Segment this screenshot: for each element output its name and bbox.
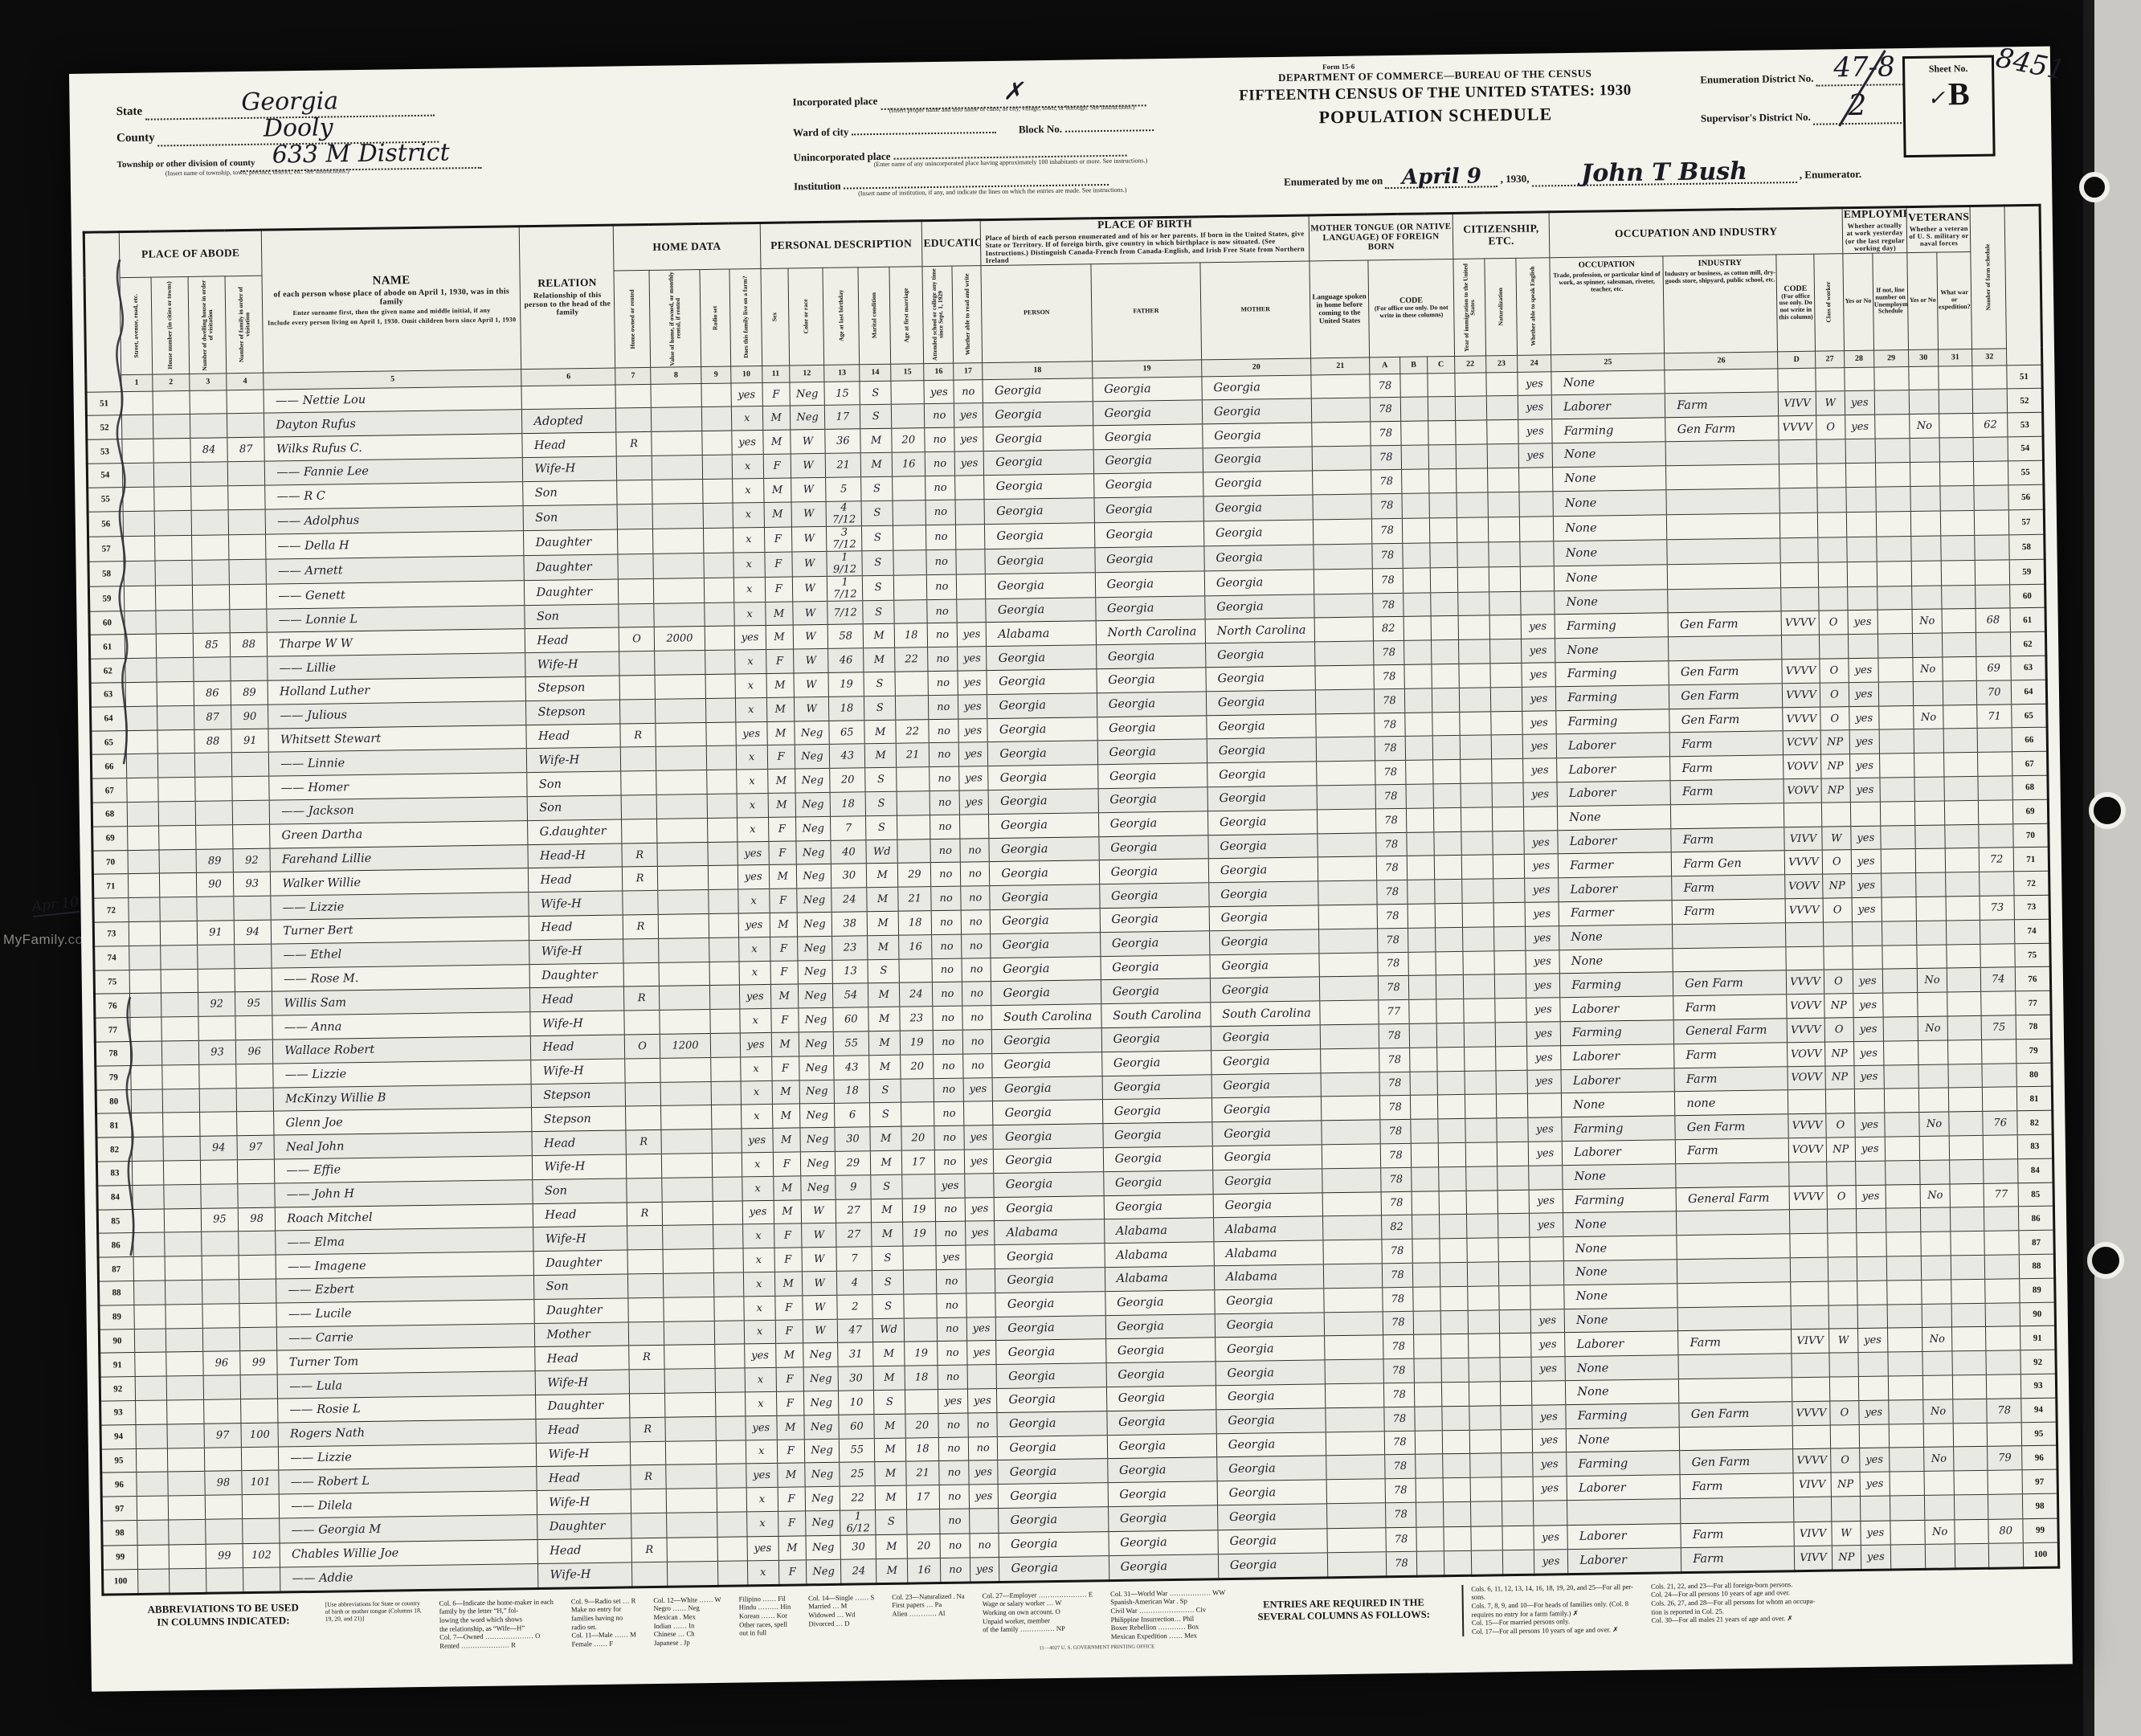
house-number	[154, 535, 192, 561]
relation: Head-H	[528, 843, 622, 868]
occupation-code: VOVV	[1785, 874, 1823, 898]
attended-school: no	[928, 623, 958, 647]
farm-schedule-number	[1974, 461, 2008, 485]
unemployment-line	[1886, 1184, 1921, 1208]
col-owned-rented: Home owned or rented	[614, 270, 650, 368]
incorporated-label: Incorporated place	[792, 95, 877, 108]
family-number	[230, 609, 268, 633]
read-write: yes	[958, 742, 988, 766]
col-street: Street, avenue, road, etc.	[120, 277, 153, 375]
code-nativity	[1432, 712, 1460, 736]
birthplace-person: Georgia	[990, 884, 1100, 910]
col-unemployment: If not, line number on Unemployment Sche…	[1872, 252, 1908, 350]
family-number	[231, 656, 268, 680]
person-name: —— Rose M.	[272, 964, 530, 991]
unemployment-line	[1887, 1328, 1922, 1352]
home-owned-or-rented	[619, 578, 654, 604]
at-work-yesterday: yes	[1858, 1328, 1888, 1352]
street	[132, 1161, 163, 1185]
code-country	[1406, 784, 1433, 808]
language-before-immigration	[1323, 1264, 1382, 1289]
line-number-right: 84	[2018, 1158, 2053, 1183]
farm-schedule-number	[1988, 1494, 2023, 1520]
class-of-worker: O	[1825, 1113, 1855, 1138]
code-state: 82	[1373, 617, 1403, 641]
veteran: No	[1918, 1016, 1947, 1040]
veteran	[1917, 945, 1947, 969]
occupation-code	[1792, 1377, 1830, 1401]
dwelling-number	[190, 462, 228, 486]
birthplace-father: Georgia	[1101, 954, 1211, 980]
code-country	[1408, 904, 1435, 928]
line-number-right: 76	[2015, 967, 2050, 991]
col-english: Whether able to speak English	[1516, 257, 1551, 355]
code-state: 77	[1379, 1000, 1409, 1024]
unemployment-line	[1890, 1495, 1925, 1521]
color-race: Neg	[803, 1391, 839, 1415]
veteran	[1911, 536, 1941, 562]
house-number	[165, 1328, 203, 1352]
naturalization	[1487, 443, 1518, 468]
speaks-english	[1519, 491, 1554, 517]
color-race: Neg	[795, 816, 831, 840]
occupation: None	[1551, 370, 1665, 395]
class-of-worker: O	[1822, 850, 1852, 874]
speaks-english: yes	[1521, 639, 1555, 663]
unemployment-line	[1880, 825, 1915, 849]
birthplace-mother: Georgia	[1206, 666, 1316, 692]
color-race: W	[794, 696, 829, 721]
lives-on-farm: x	[742, 1224, 774, 1248]
at-work-yesterday: yes	[1848, 611, 1877, 635]
code-country	[1401, 445, 1428, 469]
class-of-worker: NP	[1826, 1138, 1856, 1162]
age-first-marriage: 19	[902, 1198, 936, 1222]
read-write: yes	[958, 718, 988, 742]
naturalization	[1490, 663, 1522, 687]
birthplace-father: Georgia	[1106, 1386, 1216, 1411]
code-country	[1403, 616, 1431, 640]
relation: Daughter	[536, 1394, 630, 1419]
age: 43	[834, 1055, 869, 1079]
birthplace-father: Georgia	[1108, 1481, 1218, 1507]
house-number	[155, 560, 193, 586]
birthplace-mother: Georgia	[1207, 786, 1318, 811]
language-before-immigration	[1326, 1479, 1385, 1504]
radio-set	[714, 1297, 744, 1321]
code-state: 78	[1378, 928, 1408, 952]
birthplace-father: Georgia	[1105, 1289, 1215, 1315]
lives-on-farm: x	[738, 937, 770, 961]
group-personal-description: PERSONAL DESCRIPTION	[760, 221, 923, 268]
occupation: None	[1553, 466, 1666, 492]
column-header: 22	[1454, 356, 1485, 374]
line-number-left: 51	[86, 391, 121, 415]
radio-set	[704, 553, 733, 578]
speaks-english: yes	[1532, 1428, 1567, 1452]
age: 10	[839, 1391, 874, 1415]
house-number	[156, 634, 194, 658]
relation: Head	[526, 724, 620, 749]
class-of-worker	[1830, 1424, 1860, 1448]
house-number	[153, 439, 191, 463]
lives-on-farm: yes	[742, 1129, 773, 1153]
farm-schedule-number	[1975, 509, 2009, 535]
code-nativity	[1431, 640, 1458, 664]
color-race: W	[791, 501, 827, 527]
year-of-immigration	[1465, 1118, 1497, 1142]
home-owned-or-rented: R	[626, 1130, 661, 1154]
birthplace-mother: Georgia	[1213, 1169, 1323, 1195]
speaks-english: yes	[1525, 902, 1559, 926]
radio-set	[701, 383, 731, 407]
farm-schedule-number: 72	[1980, 848, 2014, 872]
code-country	[1403, 640, 1431, 664]
class-of-worker	[1828, 1257, 1857, 1281]
birthplace-person: Georgia	[989, 836, 1099, 862]
industry	[1673, 946, 1786, 972]
house-number	[161, 1040, 199, 1064]
birthplace-mother: Georgia	[1207, 714, 1317, 740]
column-header: 17	[954, 362, 983, 380]
industry	[1666, 488, 1779, 514]
footnote-col31: Col. 31—World War ……………… WW Spanish-Amer…	[1110, 1588, 1226, 1641]
unemployment-line	[1879, 754, 1914, 778]
age: 18	[831, 792, 866, 816]
attended-school: no	[931, 886, 961, 910]
naturalization	[1497, 1117, 1528, 1142]
radio-set	[707, 770, 737, 794]
code-nativity	[1442, 1430, 1469, 1454]
line-number-right: 63	[2011, 656, 2046, 680]
farm-schedule-number: 70	[1977, 680, 2012, 705]
occupation-code	[1780, 513, 1818, 538]
at-work-yesterday	[1857, 1305, 1887, 1329]
column-header: D	[1778, 351, 1816, 369]
marital-condition: S	[872, 1294, 904, 1318]
color-race: Neg	[805, 1510, 840, 1536]
war-or-expedition	[1939, 461, 1974, 485]
dwelling-number	[203, 1375, 241, 1399]
dwelling-number	[193, 609, 231, 633]
speaks-english	[1531, 1381, 1566, 1405]
naturalization	[1489, 615, 1521, 639]
line-number-right: 86	[2018, 1207, 2053, 1231]
occupation: Farming	[1555, 661, 1669, 687]
line-number-left: 98	[102, 1520, 137, 1546]
industry: General Farm	[1673, 1019, 1787, 1044]
sex: F	[767, 745, 795, 769]
war-or-expedition	[1947, 944, 1981, 968]
code-state: 78	[1385, 1455, 1416, 1479]
state-value: Georgia	[241, 87, 338, 116]
ward-label: Ward of city	[793, 125, 849, 138]
birthplace-mother: Georgia	[1203, 423, 1313, 448]
family-number	[228, 485, 266, 509]
home-owned-or-rented	[620, 699, 656, 723]
unemployment-line	[1890, 1520, 1925, 1544]
code-country	[1412, 1215, 1439, 1239]
entries-required-a: Cols. 6, 11, 12, 13, 14, 16, 18, 19, 20,…	[1461, 1583, 1634, 1636]
home-value	[656, 794, 708, 819]
house-number	[165, 1280, 202, 1304]
person-name: —— Linnie	[269, 749, 528, 776]
col-person: PERSON	[981, 263, 1092, 362]
birthplace-person: Georgia	[995, 1244, 1105, 1269]
marital-condition: S	[861, 500, 893, 526]
person-name: —— Imagene	[276, 1252, 534, 1279]
at-work-yesterday: yes	[1855, 1137, 1885, 1161]
lives-on-farm: x	[744, 1296, 775, 1320]
birthplace-father: North Carolina	[1096, 619, 1206, 645]
dwelling-number	[198, 968, 235, 992]
relation: Daughter	[524, 529, 618, 556]
dwelling-number	[192, 584, 230, 610]
marital-condition: M	[871, 1150, 902, 1174]
home-value	[660, 1081, 712, 1106]
age: 27	[836, 1199, 872, 1223]
code-country	[1412, 1239, 1440, 1263]
read-write: yes	[958, 694, 987, 718]
attended-school: no	[925, 476, 955, 500]
war-or-expedition	[1940, 485, 1975, 511]
family-number	[238, 1183, 276, 1207]
ed-value: 47-8	[1833, 51, 1895, 84]
war-or-expedition	[1950, 1183, 1984, 1207]
family-number	[231, 753, 269, 777]
birthplace-person: Georgia	[983, 402, 1093, 427]
schedule-title: POPULATION SCHEDULE	[1179, 102, 1693, 130]
language-before-immigration	[1321, 1048, 1379, 1073]
war-or-expedition	[1939, 414, 1973, 438]
radio-set	[702, 455, 732, 479]
family-number: 101	[242, 1470, 280, 1494]
code-country	[1408, 975, 1436, 999]
birthplace-person: Georgia	[996, 1315, 1106, 1341]
family-number	[235, 968, 272, 992]
naturalization	[1491, 759, 1522, 783]
language-before-immigration	[1316, 713, 1375, 738]
class-of-worker	[1825, 1089, 1855, 1113]
person-name: Wilks Rufus C.	[264, 434, 523, 461]
lives-on-farm: x	[743, 1248, 774, 1272]
birthplace-father: Georgia	[1106, 1362, 1216, 1387]
speaks-english	[1520, 566, 1555, 591]
at-work-yesterday: yes	[1845, 415, 1875, 439]
marital-condition: S	[863, 575, 894, 601]
sex: F	[770, 961, 798, 985]
home-owned-or-rented	[628, 1297, 664, 1321]
marital-condition: S	[866, 815, 897, 839]
attended-school: no	[929, 695, 958, 719]
line-number-left: 82	[96, 1138, 132, 1162]
home-owned-or-rented: R	[629, 1346, 664, 1370]
code-country	[1405, 736, 1432, 760]
group-home-data: HOME DATA	[613, 223, 760, 271]
class-of-worker: NP	[1824, 994, 1853, 1018]
birthplace-person: Georgia	[998, 1459, 1108, 1485]
code-state: 78	[1376, 856, 1407, 880]
code-country	[1400, 421, 1428, 445]
street	[124, 561, 155, 586]
marital-condition: M	[875, 1461, 906, 1485]
attended-school: no	[927, 574, 957, 600]
birthplace-mother: Georgia	[1207, 810, 1318, 835]
line-number-left: 91	[100, 1353, 135, 1377]
color-race: Neg	[795, 769, 830, 793]
radio-set	[706, 745, 736, 770]
language-before-immigration	[1313, 470, 1371, 495]
occupation: None	[1564, 1260, 1677, 1285]
street	[129, 946, 160, 970]
lives-on-farm: x	[735, 673, 766, 697]
read-write	[956, 549, 986, 574]
marital-condition: Wd	[866, 839, 897, 864]
dwelling-number: 94	[200, 1136, 238, 1160]
occupation-code	[1782, 635, 1820, 659]
color-race: W	[802, 1247, 837, 1271]
language-before-immigration	[1312, 422, 1371, 447]
lives-on-farm: yes	[738, 865, 769, 889]
family-number	[228, 509, 266, 535]
age-first-marriage: 21	[896, 743, 930, 767]
street	[137, 1472, 168, 1496]
read-write: yes	[959, 766, 989, 790]
line-number-right: 73	[2014, 895, 2049, 919]
birthplace-father: Alabama	[1105, 1266, 1215, 1292]
person-name: —— Homer	[269, 773, 528, 800]
code-nativity	[1439, 1215, 1466, 1239]
col-at-work: Yes or No	[1843, 253, 1873, 350]
year-of-immigration	[1465, 1070, 1496, 1094]
column-header: 10	[730, 366, 762, 383]
naturalization	[1497, 1166, 1528, 1190]
year-of-immigration	[1457, 517, 1488, 543]
dwelling-number	[202, 1232, 239, 1256]
radio-set	[709, 889, 738, 913]
birthplace-mother: Georgia	[1207, 762, 1318, 787]
class-of-worker: O	[1827, 1185, 1857, 1209]
industry	[1677, 1258, 1791, 1284]
marital-condition: S	[860, 381, 891, 405]
class-of-worker	[1828, 1305, 1858, 1329]
line-number-right: 80	[2016, 1063, 2052, 1087]
class-of-worker: O	[1820, 682, 1849, 706]
age: 23	[832, 936, 868, 960]
code-country	[1409, 999, 1436, 1023]
occupation-code	[1778, 368, 1816, 392]
home-value: 2000	[654, 627, 705, 652]
person-name: —— Adolphus	[265, 505, 524, 533]
sex: M	[762, 406, 790, 430]
column-header: 18	[983, 361, 1092, 379]
naturalization	[1490, 687, 1522, 711]
attended-school: yes	[936, 1245, 966, 1269]
radio-set	[708, 842, 738, 866]
sex: F	[770, 937, 797, 961]
lives-on-farm: x	[733, 577, 765, 602]
house-number	[167, 1424, 205, 1448]
col-occupation: OCCUPATIONTrade, profession, or particul…	[1550, 255, 1665, 354]
family-number	[229, 534, 267, 560]
birthplace-person: Georgia	[987, 693, 1097, 719]
birthplace-mother: South Carolina	[1211, 1001, 1321, 1027]
veteran	[1923, 1375, 1953, 1399]
birthplace-person: Georgia	[988, 765, 1098, 790]
family-number	[239, 1255, 276, 1279]
unemployment-line	[1883, 1016, 1918, 1040]
column-header: 7	[615, 367, 651, 385]
war-or-expedition	[1943, 705, 1978, 729]
street	[122, 487, 153, 511]
col-mother: MOTHER	[1200, 261, 1311, 360]
language-before-immigration	[1327, 1528, 1386, 1553]
industry: Gen Farm	[1665, 416, 1779, 442]
war-or-expedition	[1945, 848, 1980, 872]
industry: Gen Farm	[1679, 1401, 1792, 1427]
home-owned-or-rented	[624, 1011, 660, 1035]
family-number: 95	[235, 991, 273, 1015]
veteran	[1926, 1544, 1955, 1569]
naturalization	[1486, 396, 1518, 420]
birthplace-mother: Georgia	[1210, 977, 1320, 1003]
home-owned-or-rented: R	[630, 1417, 665, 1441]
person-name: —— Lizzie	[271, 893, 529, 920]
birthplace-father: Georgia	[1098, 787, 1208, 813]
code-state: 78	[1375, 713, 1405, 737]
veteran	[1922, 1256, 1951, 1280]
person-name: —— Lucile	[276, 1299, 535, 1326]
birthplace-father: Georgia	[1099, 883, 1209, 909]
color-race: W	[791, 477, 826, 501]
line-col-right	[2004, 205, 2042, 365]
code-country	[1415, 1454, 1442, 1478]
marital-condition: M	[868, 935, 899, 959]
veteran	[1910, 390, 1939, 415]
farm-schedule-number	[1983, 1087, 2017, 1111]
birthplace-mother: Georgia	[1203, 471, 1313, 496]
radio-set	[705, 626, 734, 650]
street	[137, 1569, 169, 1594]
industry	[1681, 1497, 1794, 1524]
home-owned-or-rented	[622, 819, 657, 843]
col-immigration: Year of immigration to the United States	[1453, 259, 1486, 357]
dwelling-number	[199, 1088, 237, 1112]
code-nativity	[1440, 1286, 1468, 1310]
home-value	[654, 602, 705, 627]
code-state: 78	[1375, 784, 1406, 808]
sheet-letter: B	[1948, 76, 1970, 112]
class-of-worker: NP	[1825, 1065, 1855, 1089]
read-write: yes	[967, 1341, 997, 1365]
age: 3 7/12	[827, 525, 862, 551]
occupation-code: VIVV	[1795, 1546, 1833, 1571]
color-race: W	[801, 1199, 836, 1223]
class-of-worker	[1817, 537, 1847, 562]
naturalization	[1498, 1237, 1530, 1261]
lives-on-farm: x	[733, 602, 765, 626]
house-number	[165, 1352, 203, 1376]
occupation: Farmer	[1559, 901, 1672, 926]
sheet-label: Sheet No.	[1905, 63, 1992, 76]
occupation-code: VIVV	[1793, 1473, 1831, 1497]
veteran	[1915, 801, 1945, 825]
unemployment-line	[1877, 561, 1912, 586]
family-number	[243, 1518, 280, 1544]
state-label: State	[116, 105, 143, 118]
attended-school: no	[936, 1221, 966, 1245]
code-nativity	[1434, 831, 1461, 856]
